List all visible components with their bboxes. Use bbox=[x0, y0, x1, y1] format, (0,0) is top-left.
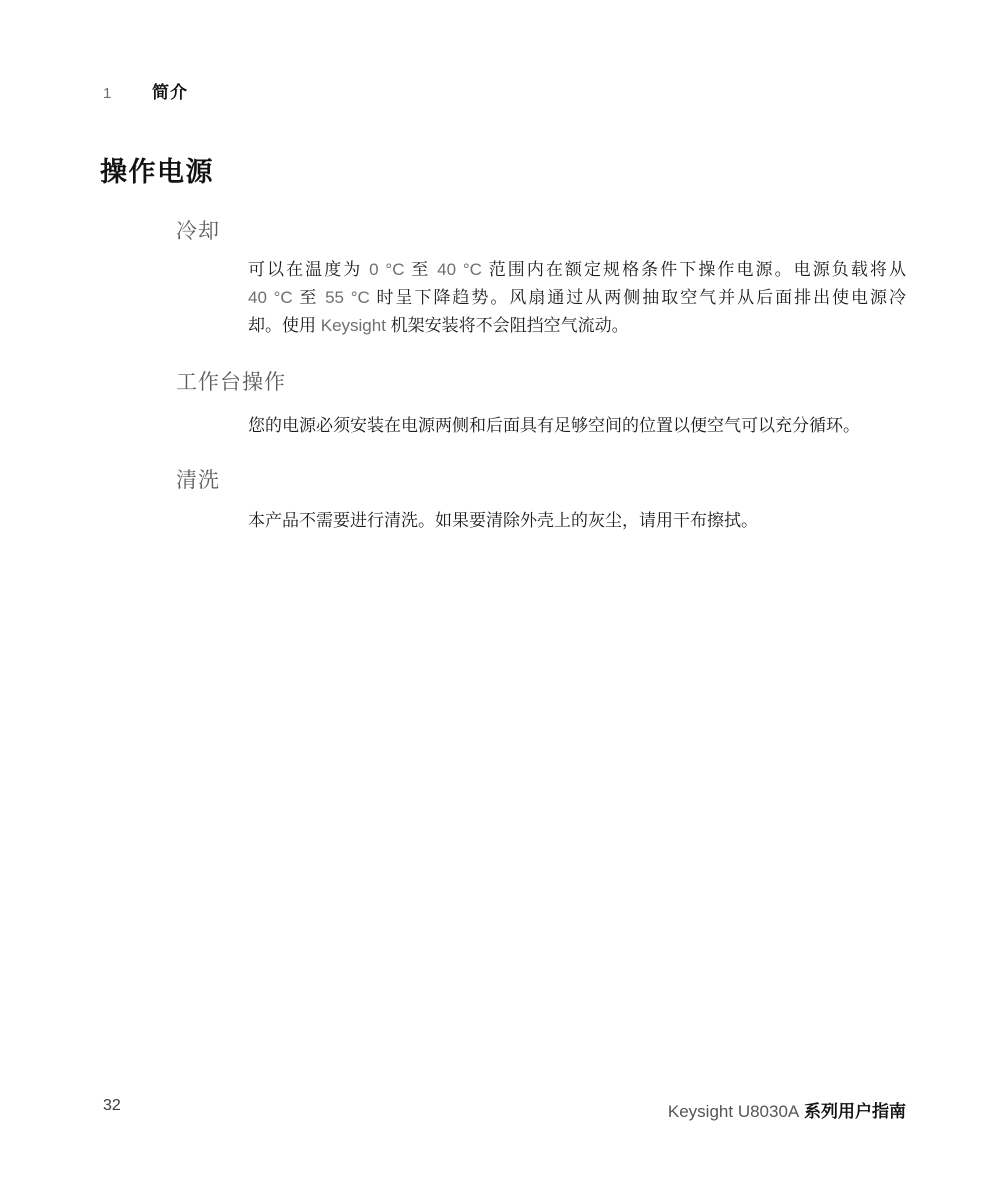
latin-text: 40 °C bbox=[248, 288, 293, 307]
footer-page-number: 32 bbox=[103, 1097, 121, 1115]
paragraph-line: 却。使用 Keysight 机架安装将不会阻挡空气流动。 bbox=[248, 312, 906, 340]
section-heading-cleaning: 清洗 bbox=[176, 464, 220, 494]
paragraph-line: 40 °C 至 55 °C 时呈下降趋势。风扇通过从两侧抽取空气并从后面排出使电… bbox=[248, 284, 906, 312]
paragraph-cleaning: 本产品不需要进行清洗。如果要清除外壳上的灰尘，请用干布擦拭。 bbox=[248, 507, 906, 535]
chapter-title: 简介 bbox=[152, 78, 188, 103]
page-title: 操作电源 bbox=[100, 150, 214, 189]
running-header: 1 简介 bbox=[103, 78, 188, 103]
latin-text: 0 °C bbox=[369, 260, 404, 279]
paragraph-cooling: 可以在温度为 0 °C 至 40 °C 范围内在额定规格条件下操作电源。电源负载… bbox=[248, 256, 906, 340]
latin-text: 55 °C bbox=[325, 288, 370, 307]
section-heading-cooling: 冷却 bbox=[176, 215, 220, 245]
footer-doc-title: Keysight U8030A 系列用户指南 bbox=[668, 1097, 906, 1122]
paragraph-line: 可以在温度为 0 °C 至 40 °C 范围内在额定规格条件下操作电源。电源负载… bbox=[248, 256, 906, 284]
paragraph-bench-operation: 您的电源必须安装在电源两侧和后面具有足够空间的位置以便空气可以充分循环。 bbox=[248, 412, 906, 440]
paragraph-line: 本产品不需要进行清洗。如果要清除外壳上的灰尘，请用干布擦拭。 bbox=[248, 507, 906, 535]
section-heading-bench-operation: 工作台操作 bbox=[176, 366, 286, 396]
latin-text: Keysight bbox=[321, 316, 386, 335]
document-page: 1 简介 操作电源 冷却 可以在温度为 0 °C 至 40 °C 范围内在额定规… bbox=[0, 0, 1000, 1200]
chapter-number: 1 bbox=[103, 85, 152, 102]
latin-text: Keysight U8030A bbox=[668, 1102, 799, 1121]
latin-text: 40 °C bbox=[437, 260, 482, 279]
paragraph-line: 您的电源必须安装在电源两侧和后面具有足够空间的位置以便空气可以充分循环。 bbox=[248, 412, 906, 440]
